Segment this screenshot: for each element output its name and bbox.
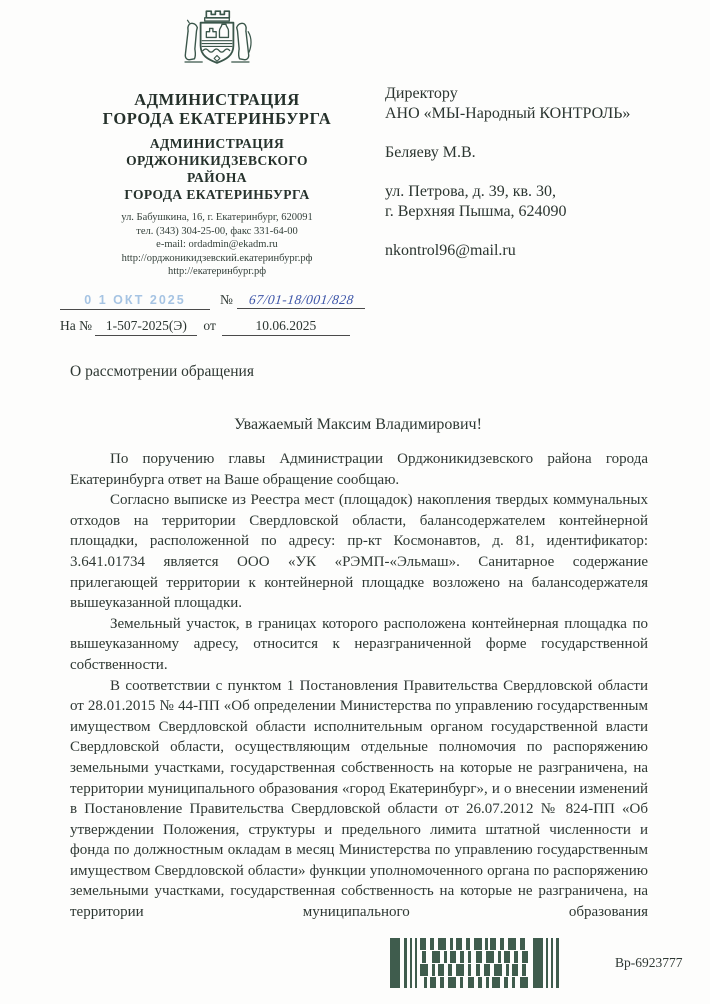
spacer <box>385 163 675 182</box>
letterhead-address-line: ул. Бабушкина, 16, г. Екатеринбург, 6200… <box>58 211 376 225</box>
recipient-organization: АНО «МЫ-Народный КОНТРОЛЬ» <box>385 104 675 124</box>
letterhead-address-line: тел. (343) 304-25-00, факс 331-64-00 <box>58 225 376 239</box>
recipient-name: Беляеву М.В. <box>385 143 675 163</box>
dept-name-line3: РАЙОНА <box>58 169 376 186</box>
outgoing-number-line: 67/01-18/001/828 <box>237 292 365 309</box>
spacer <box>385 124 675 143</box>
handwritten-outgoing-number: 67/01-18/001/828 <box>248 292 354 308</box>
recipient-block: Директору АНО «МЫ-Народный КОНТРОЛЬ» Бел… <box>385 84 675 261</box>
reference-row: На № 1-507-2025(Э)от10.06.2025 <box>60 318 400 336</box>
yekaterinburg-coat-of-arms-icon <box>176 6 258 82</box>
number-label: № <box>220 292 233 307</box>
org-name-line1: АДМИНИСТРАЦИЯ <box>58 90 376 109</box>
document-code: Вр-6923777 <box>615 955 683 971</box>
body-paragraph-1: По поручению главы Администрации Орджони… <box>70 449 648 490</box>
spacer <box>385 222 675 241</box>
salutation-line: Уважаемый Максим Владимирович! <box>70 416 646 434</box>
dept-name-line4: ГОРОДА ЕКАТЕРИНБУРГА <box>58 186 376 203</box>
date-stamp-line: 0 1 ОКТ 2025 <box>60 292 210 310</box>
body-paragraph-3: Земельный участок, в границах которого р… <box>70 614 648 676</box>
recipient-email: nkontrol96@mail.ru <box>385 241 675 261</box>
date-stamp: 0 1 ОКТ 2025 <box>84 293 185 307</box>
reference-from-label: от <box>203 318 215 333</box>
body-paragraph-2: Согласно выписке из Реестра мест (площад… <box>70 490 648 614</box>
recipient-address-line1: ул. Петрова, д. 39, кв. 30, <box>385 182 675 202</box>
body-paragraph-4: В соответствии с пунктом 1 Постановления… <box>70 676 648 923</box>
subject-line: О рассмотрении обращения <box>70 363 254 381</box>
reference-label: На № <box>60 318 92 333</box>
letter-body: По поручению главы Администрации Орджони… <box>70 449 648 923</box>
reference-number: 1-507-2025(Э) <box>95 318 197 336</box>
document-barcode-icon <box>390 938 560 988</box>
recipient-position: Директору <box>385 84 675 104</box>
letterhead: АДМИНИСТРАЦИЯ ГОРОДА ЕКАТЕРИНБУРГА АДМИН… <box>58 6 376 279</box>
reference-date: 10.06.2025 <box>222 318 350 336</box>
dept-name-line1: АДМИНИСТРАЦИЯ <box>58 135 376 152</box>
org-name-line2: ГОРОДА ЕКАТЕРИНБУРГА <box>58 109 376 128</box>
scanned-letter-page: АДМИНИСТРАЦИЯ ГОРОДА ЕКАТЕРИНБУРГА АДМИН… <box>0 0 710 1004</box>
letterhead-url-line: http://екатеринбург.рф <box>58 265 376 279</box>
letterhead-email-line: e-mail: ordadmin@ekadm.ru <box>58 238 376 252</box>
dept-name-line2: ОРДЖОНИКИДЗЕВСКОГО <box>58 152 376 169</box>
letterhead-address-block: ул. Бабушкина, 16, г. Екатеринбург, 6200… <box>58 211 376 279</box>
recipient-address-line2: г. Верхняя Пышма, 624090 <box>385 202 675 222</box>
letterhead-url-line: http://орджоникидзевский.екатеринбург.рф <box>58 252 376 266</box>
registration-row: 0 1 ОКТ 2025№67/01-18/001/828 <box>60 292 390 310</box>
